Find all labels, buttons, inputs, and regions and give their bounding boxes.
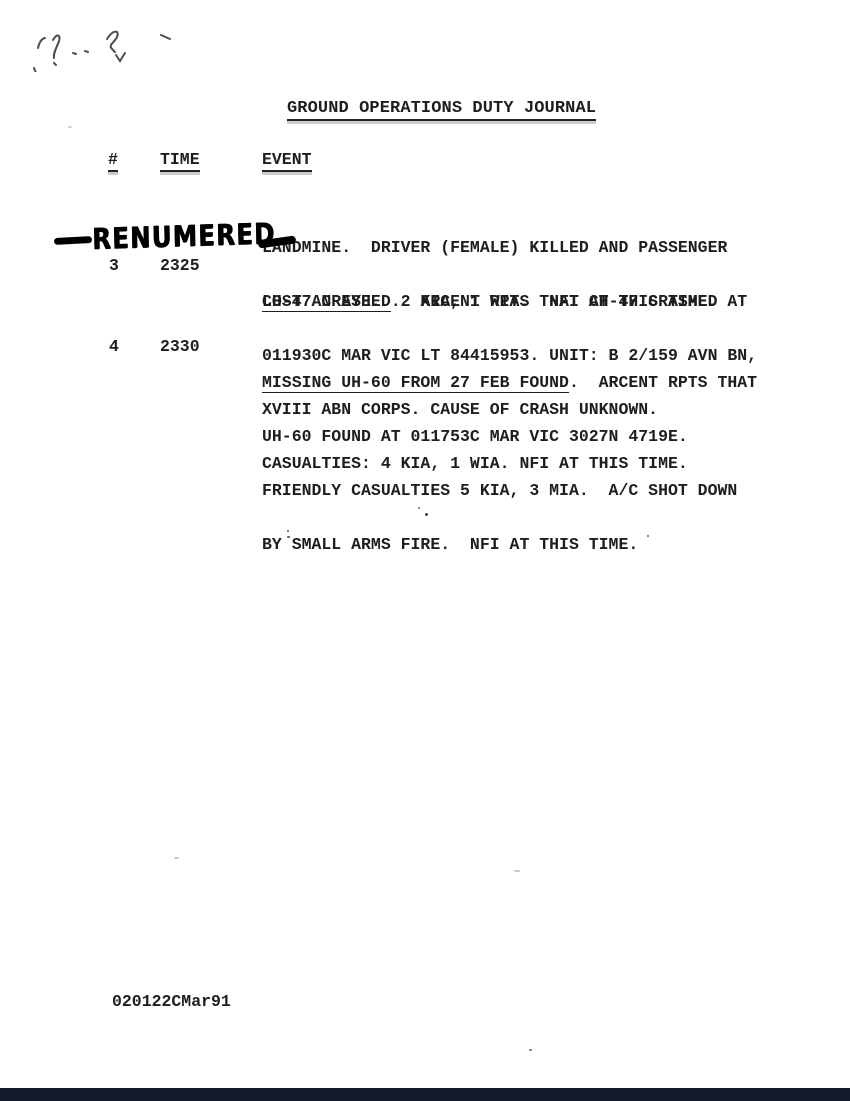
entry-time: 2325 bbox=[160, 257, 200, 275]
entry-text: . ARCENT RPTS THAT bbox=[569, 373, 757, 392]
entry-line: MISSING UH-60 FROM 27 FEB FOUND. ARCENT … bbox=[262, 374, 757, 392]
scan-speck bbox=[418, 507, 420, 509]
scan-speck bbox=[174, 857, 179, 859]
entry-line: FRIENDLY CASUALTIES 5 KIA, 3 MIA. A/C SH… bbox=[262, 482, 757, 500]
scanned-document-page: GROUND OPERATIONS DUTY JOURNAL # TIME EV… bbox=[0, 0, 850, 1101]
entry-text: UH-60 FOUND AT 011753C MAR VIC 3027N 471… bbox=[262, 427, 688, 446]
entry-time: 2330 bbox=[160, 338, 200, 356]
entry-number: 4 bbox=[109, 338, 119, 356]
column-header-number: # bbox=[108, 151, 118, 172]
scan-speck bbox=[529, 1049, 532, 1051]
footer-datetime-group: 020122CMar91 bbox=[112, 993, 231, 1011]
scan-speck bbox=[287, 536, 290, 538]
entry-line: UH-60 FOUND AT 011753C MAR VIC 3027N 471… bbox=[262, 428, 757, 446]
entry-number: 3 bbox=[109, 257, 119, 275]
entry-underlined-text: MISSING UH-60 FROM 27 FEB FOUND bbox=[262, 373, 569, 393]
scan-speck bbox=[68, 126, 72, 128]
scan-speck bbox=[425, 513, 428, 516]
column-header-event: EVENT bbox=[262, 151, 312, 172]
scan-speck bbox=[287, 530, 289, 532]
handwritten-dash-left bbox=[54, 236, 92, 245]
scanner-edge-bar bbox=[0, 1088, 850, 1101]
scan-speck bbox=[647, 535, 649, 537]
entry-underlined-text: CH-47 CRASHED bbox=[262, 292, 391, 312]
document-title: GROUND OPERATIONS DUTY JOURNAL bbox=[287, 100, 596, 121]
entry-text: . ARCENT RPTS THAT CH-47 CRASHED AT bbox=[391, 292, 747, 311]
entry-text: BY SMALL ARMS FIRE. NFI AT THIS TIME. bbox=[262, 535, 638, 554]
journal-entry-uh60-found: MISSING UH-60 FROM 27 FEB FOUND. ARCENT … bbox=[262, 338, 757, 590]
scan-speck bbox=[514, 870, 520, 872]
entry-text: LANDMINE. DRIVER (FEMALE) KILLED AND PAS… bbox=[262, 238, 727, 257]
entry-line: LANDMINE. DRIVER (FEMALE) KILLED AND PAS… bbox=[262, 239, 727, 257]
entry-line: CH-47 CRASHED. ARCENT RPTS THAT CH-47 CR… bbox=[262, 293, 757, 311]
entry-line: BY SMALL ARMS FIRE. NFI AT THIS TIME. bbox=[262, 536, 757, 554]
pen-scribble-mark bbox=[28, 12, 208, 72]
handwritten-annotation: RENUMERED bbox=[92, 218, 276, 254]
column-header-time: TIME bbox=[160, 151, 200, 172]
entry-text: FRIENDLY CASUALTIES 5 KIA, 3 MIA. A/C SH… bbox=[262, 481, 737, 500]
